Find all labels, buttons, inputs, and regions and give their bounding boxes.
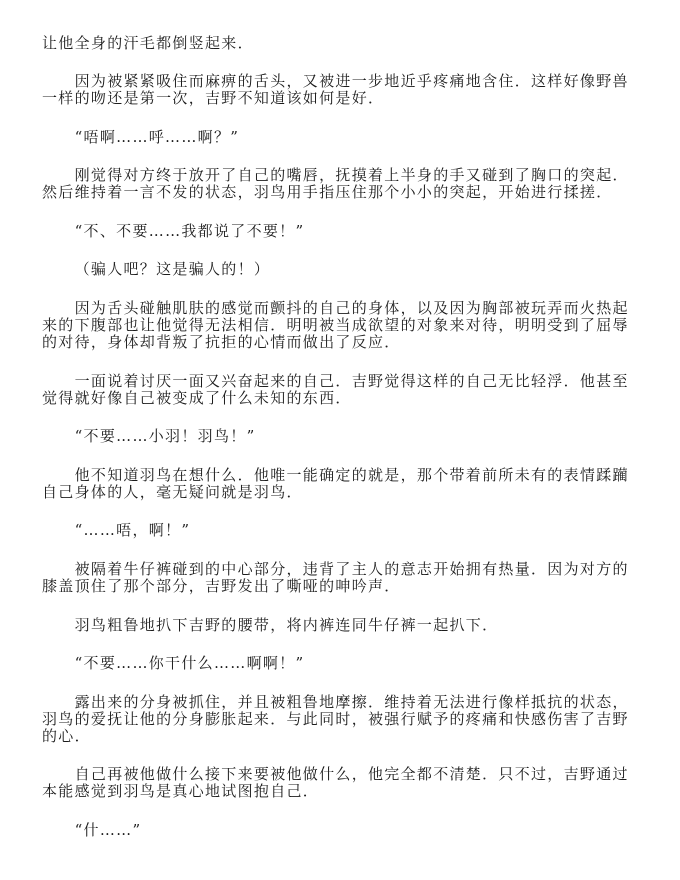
dialogue-paragraph: “不、不要……我都说了不要！” <box>42 223 680 240</box>
text-line: 觉得就好像自己被变成了什么未知的东西． <box>42 390 680 407</box>
text-line: 然后维持着一言不发的状态，羽鸟用手指压住那个小小的突起，开始进行揉搓． <box>42 184 680 201</box>
text-line: 因为被紧紧吸住而麻痹的舌头，又被进一步地近乎疼痛地含住．这样好像野兽 <box>42 73 680 90</box>
paragraph: 自己再被他做什么接下来要被他做什么，他完全都不清楚．只不过，吉野通过 本能感觉到… <box>42 766 680 800</box>
text-line: 来的下腹部也让他觉得无法相信．明明被当成欲望的对象来对待，明明受到了屈辱 <box>42 317 680 334</box>
text-line: 他不知道羽鸟在想什么．他唯一能确定的就是，那个带着前所未有的表情蹂躏 <box>42 467 680 484</box>
paragraph: 露出来的分身被抓住，并且被粗鲁地摩擦．维持着无法进行像样抵抗的状态， 羽鸟的爱抚… <box>42 694 680 745</box>
paragraph: 他不知道羽鸟在想什么．他唯一能确定的就是，那个带着前所未有的表情蹂躏 自己身体的… <box>42 467 680 501</box>
inner-thought-line: （骗人吧？这是骗人的！） <box>42 261 680 278</box>
text-line: 刚觉得对方终于放开了自己的嘴唇，抚摸着上半身的手又碰到了胸口的突起． <box>42 167 680 184</box>
dialogue-line: “……唔，啊！” <box>42 522 680 539</box>
dialogue-line: “什……” <box>42 822 680 839</box>
dialogue-paragraph: “唔啊……呼……啊？” <box>42 129 680 146</box>
paragraph: 因为被紧紧吸住而麻痹的舌头，又被进一步地近乎疼痛地含住．这样好像野兽 一样的吻还… <box>42 73 680 107</box>
text-line: 膝盖顶住了那个部分，吉野发出了嘶哑的呻吟声． <box>42 578 680 595</box>
paragraph: 因为舌头碰触肌肤的感觉而颤抖的自己的身体，以及因为胸部被玩弄而火热起 来的下腹部… <box>42 300 680 351</box>
dialogue-line: “唔啊……呼……啊？” <box>42 129 680 146</box>
text-line: 因为舌头碰触肌肤的感觉而颤抖的自己的身体，以及因为胸部被玩弄而火热起 <box>42 300 680 317</box>
paragraph: 刚觉得对方终于放开了自己的嘴唇，抚摸着上半身的手又碰到了胸口的突起． 然后维持着… <box>42 167 680 201</box>
dialogue-line: “不要……小羽！羽鸟！” <box>42 428 680 445</box>
dialogue-paragraph: “……唔，啊！” <box>42 522 680 539</box>
text-line: 的对待，身体却背叛了抗拒的心情而做出了反应． <box>42 334 680 351</box>
inner-thought-paragraph: （骗人吧？这是骗人的！） <box>42 261 680 278</box>
text-line: 本能感觉到羽鸟是真心地试图抱自己． <box>42 783 680 800</box>
text-line: 让他全身的汗毛都倒竖起来． <box>42 35 680 52</box>
text-line: 自己身体的人，毫无疑问就是羽鸟． <box>42 484 680 501</box>
text-line: 自己再被他做什么接下来要被他做什么，他完全都不清楚．只不过，吉野通过 <box>42 766 680 783</box>
dialogue-paragraph: “不要……小羽！羽鸟！” <box>42 428 680 445</box>
dialogue-paragraph: “不要……你干什么……啊啊！” <box>42 655 680 672</box>
document-page: 让他全身的汗毛都倒竖起来． 因为被紧紧吸住而麻痹的舌头，又被进一步地近乎疼痛地含… <box>0 0 680 880</box>
text-line: 的心． <box>42 728 680 745</box>
text-line: 一样的吻还是第一次，吉野不知道该如何是好． <box>42 90 680 107</box>
paragraph: 羽鸟粗鲁地扒下吉野的腰带，将内裤连同牛仔裤一起扒下． <box>42 617 680 634</box>
dialogue-line: “不要……你干什么……啊啊！” <box>42 655 680 672</box>
text-line: 羽鸟的爱抚让他的分身膨胀起来．与此同时，被强行赋予的疼痛和快感伤害了吉野 <box>42 711 680 728</box>
dialogue-line: “不、不要……我都说了不要！” <box>42 223 680 240</box>
paragraph: 一面说着讨厌一面又兴奋起来的自己．吉野觉得这样的自己无比轻浮．他甚至 觉得就好像… <box>42 373 680 407</box>
dialogue-paragraph: “什……” <box>42 822 680 839</box>
text-line: 羽鸟粗鲁地扒下吉野的腰带，将内裤连同牛仔裤一起扒下． <box>42 617 680 634</box>
text-line: 露出来的分身被抓住，并且被粗鲁地摩擦．维持着无法进行像样抵抗的状态， <box>42 694 680 711</box>
text-line: 被隔着牛仔裤碰到的中心部分，违背了主人的意志开始拥有热量．因为对方的 <box>42 561 680 578</box>
paragraph: 让他全身的汗毛都倒竖起来． <box>42 35 680 52</box>
text-line: 一面说着讨厌一面又兴奋起来的自己．吉野觉得这样的自己无比轻浮．他甚至 <box>42 373 680 390</box>
paragraph: 被隔着牛仔裤碰到的中心部分，违背了主人的意志开始拥有热量．因为对方的 膝盖顶住了… <box>42 561 680 595</box>
